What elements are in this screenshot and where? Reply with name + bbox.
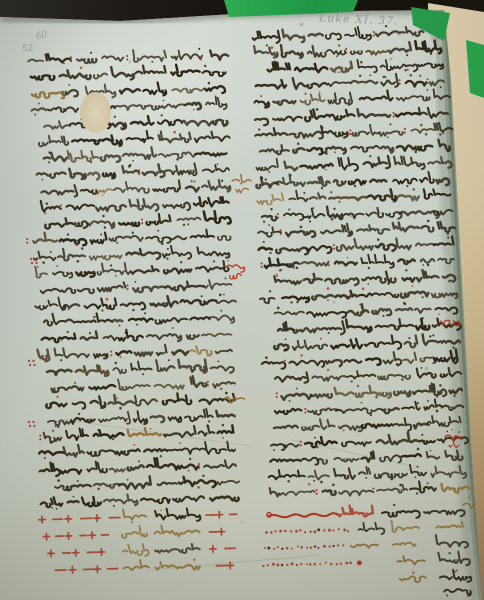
- text-line: [274, 333, 460, 354]
- rubric-marks: [28, 175, 483, 509]
- text-line: [44, 145, 227, 164]
- text-line: [268, 463, 466, 484]
- text-line: [275, 399, 464, 419]
- rubric-mark: [28, 360, 36, 366]
- text-line: [51, 375, 235, 395]
- text-line: [40, 491, 238, 510]
- text-line: [31, 62, 226, 82]
- text-line: [262, 203, 453, 224]
- ink-blotch: [332, 300, 336, 304]
- text-line: [39, 128, 230, 148]
- text-line: [274, 415, 461, 434]
- text-line: [254, 39, 441, 60]
- decoration-row: [55, 557, 233, 574]
- text-line: [275, 365, 462, 385]
- text-line: [274, 300, 457, 320]
- rubric-mark: [28, 421, 36, 427]
- parchment-stain: [80, 92, 111, 133]
- decoration-row: [267, 502, 465, 522]
- text-line: [258, 236, 453, 256]
- manuscript-text-svg: [0, 0, 484, 600]
- text-line: [260, 284, 458, 305]
- decoration-row: [48, 542, 236, 559]
- text-line: [252, 23, 442, 43]
- decoration-row: [43, 524, 225, 541]
- text-line: [40, 277, 231, 295]
- text-line: [257, 186, 451, 205]
- text-line: [44, 309, 235, 329]
- text-line: [41, 326, 231, 345]
- decoration-row: [39, 507, 237, 526]
- text-line: [274, 268, 455, 288]
- text-line: [260, 252, 454, 272]
- text-line: [37, 343, 232, 362]
- text-line: [31, 97, 227, 116]
- text-line: [255, 104, 449, 125]
- decoration-row: [265, 519, 463, 538]
- ink-blotch: [389, 57, 393, 61]
- text-line: [278, 316, 461, 336]
- decoration-row: [444, 589, 471, 597]
- text-line: [258, 219, 455, 240]
- text-line: [35, 260, 229, 279]
- text-line: [26, 228, 231, 249]
- text-line: [270, 479, 470, 500]
- text-line: [47, 357, 234, 377]
- text-line: [35, 292, 236, 314]
- ink-blotch: [240, 520, 244, 524]
- text-line: [41, 179, 230, 198]
- text-line: [44, 112, 228, 131]
- text-line: [39, 456, 236, 476]
- text-line: [39, 440, 235, 460]
- text-column-left: [21, 47, 242, 510]
- ink-blotch: [60, 340, 63, 343]
- decoration-row: [400, 569, 472, 583]
- text-line: [260, 138, 450, 157]
- decoration-row: [262, 551, 470, 571]
- text-line: [36, 161, 229, 181]
- ink-blotch: [424, 366, 429, 371]
- decoration-rows-right: [261, 502, 472, 600]
- ink-blotch: [128, 60, 132, 64]
- text-line: [255, 122, 452, 142]
- pencil-folio-number-lower: 52: [22, 44, 34, 55]
- text-line: [45, 211, 231, 231]
- text-line: [39, 424, 233, 445]
- text-line: [256, 170, 449, 191]
- decoration-row: [264, 534, 468, 553]
- text-line: [256, 153, 452, 174]
- rubric-mark: [232, 175, 251, 193]
- text-line: [41, 196, 229, 215]
- text-line: [32, 80, 226, 100]
- ink-blotch: [299, 22, 304, 27]
- text-line: [55, 474, 240, 493]
- text-line: [255, 72, 444, 93]
- text-line: [33, 243, 229, 264]
- text-line: [254, 88, 450, 108]
- text-line: [267, 57, 443, 75]
- ink-blotch: [214, 94, 217, 97]
- manuscript-photo: Luke XI. 37. 60 52: [0, 0, 484, 600]
- manuscript-page: Luke XI. 37. 60 52: [0, 0, 484, 600]
